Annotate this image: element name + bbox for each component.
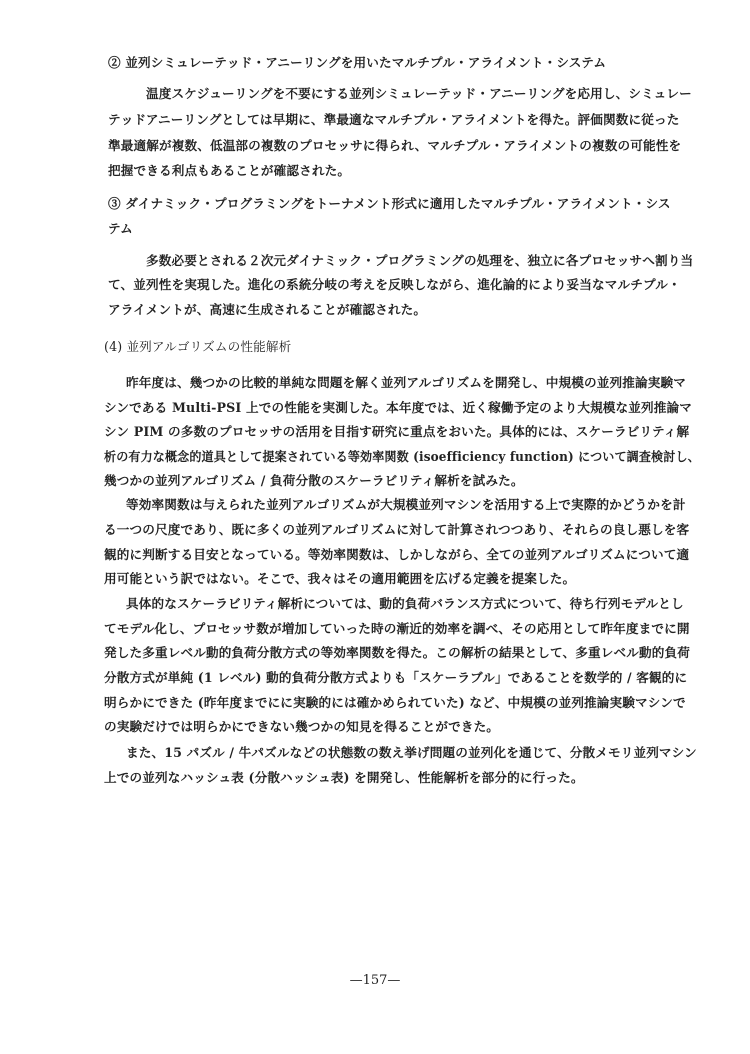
- section-4-para1-line: 幾つかの並列アルゴリズム / 負荷分散のスケーラビリティ解析を試みた。: [104, 470, 524, 489]
- section-2-line: テッドアニーリングとしては早期に、準最適なマルチプル・アライメントを得た。評価関…: [108, 109, 679, 128]
- section-4-para3-line: てモデル化し、プロセッサ数が増加していった時の漸近的効率を調べ、その応用として昨…: [104, 618, 690, 637]
- section-2-line: 準最適解が複数、低温部の複数のプロセッサに得られ、マルチプル・アライメントの複数…: [108, 135, 681, 154]
- section-3-heading: テム: [108, 218, 133, 237]
- section-4-para1-line: 昨年度は、幾つかの比較的単純な問題を解く並列アルゴリズムを開発し、中規模の並列推…: [126, 372, 686, 391]
- section-4-para2-line: 等効率関数は与えられた並列アルゴリズムが大規模並列マシンを活用する上で実際的かど…: [126, 494, 686, 513]
- section-4-para2-line: 用可能という訳ではない。そこで、我々はその適用範囲を広げる定義を提案した。: [104, 568, 575, 587]
- section-3-heading: ③ ダイナミック・プログラミングをトーナメント形式に適用したマルチプル・アライメ…: [108, 193, 671, 212]
- section-4-heading: (4) 並列アルゴリズムの性能解析: [104, 336, 291, 355]
- section-2-line: 温度スケジューリングを不要にする並列シミュレーテッド・アニーリングを応用し、シミ…: [146, 83, 692, 102]
- section-4-para2-line: る一つの尺度であり、既に多くの並列アルゴリズムに対して計算されつつあり、それらの…: [104, 519, 689, 538]
- section-3-line: て、並列性を実現した。進化の系統分岐の考えを反映しながら、進化論的により妥当なマ…: [108, 274, 681, 293]
- section-4-para1-line: シン PIM の多数のプロセッサの活用を目指す研究に重点をおいた。具体的には、ス…: [104, 421, 689, 440]
- section-4-para3-line: の実験だけでは明らかにできない幾つかの知見を得ることができた。: [104, 716, 499, 735]
- section-4-para1-line: シンである Multi-PSI 上での性能を実測した。本年度では、近く稼働予定の…: [104, 397, 692, 416]
- section-4-para4-line: また、15 パズル / 牛パズルなどの状態数の数え挙げ問題の並列化を通じて、分散…: [126, 742, 697, 761]
- document-page: ② 並列シミュレーテッド・アニーリングを用いたマルチプル・アライメント・システム…: [0, 0, 750, 1054]
- section-4-para1-line: 析の有力な概念的道具として提案されている等効率関数 (isoefficiency…: [104, 446, 700, 465]
- section-3-line: アライメントが、高速に生成されることが確認された。: [108, 299, 426, 318]
- section-4-para2-line: 観的に判断する目安となっている。等効率関数は、しかしながら、全ての並列アルゴリズ…: [104, 544, 689, 563]
- section-4-para4-line: 上での並列なハッシュ表 (分散ハッシュ表) を開発し、性能解析を部分的に行った。: [104, 767, 584, 786]
- section-4-para3-line: 発した多重レベル動的負荷分散方式の等効率関数を得た。この解析の結果として、多重レ…: [104, 642, 690, 661]
- section-3-line: 多数必要とされる２次元ダイナミック・プログラミングの処理を、独立に各プロセッサへ…: [146, 250, 693, 269]
- section-2-line: 把握できる利点もあることが確認された。: [108, 160, 350, 179]
- section-4-para3-line: 分散方式が単純 (1 レベル) 動的負荷分散方式よりも「スケーラブル」であること…: [104, 667, 687, 686]
- section-4-para3-line: 明らかにできた (昨年度までにに実験的には確かめられていた) など、中規模の並列…: [104, 692, 686, 711]
- page-number: —157—: [0, 973, 750, 988]
- section-2-heading: ② 並列シミュレーテッド・アニーリングを用いたマルチプル・アライメント・システム: [108, 52, 606, 71]
- section-4-para3-line: 具体的なスケーラビリティ解析については、動的負荷バランス方式について、待ち行列モ…: [126, 593, 684, 612]
